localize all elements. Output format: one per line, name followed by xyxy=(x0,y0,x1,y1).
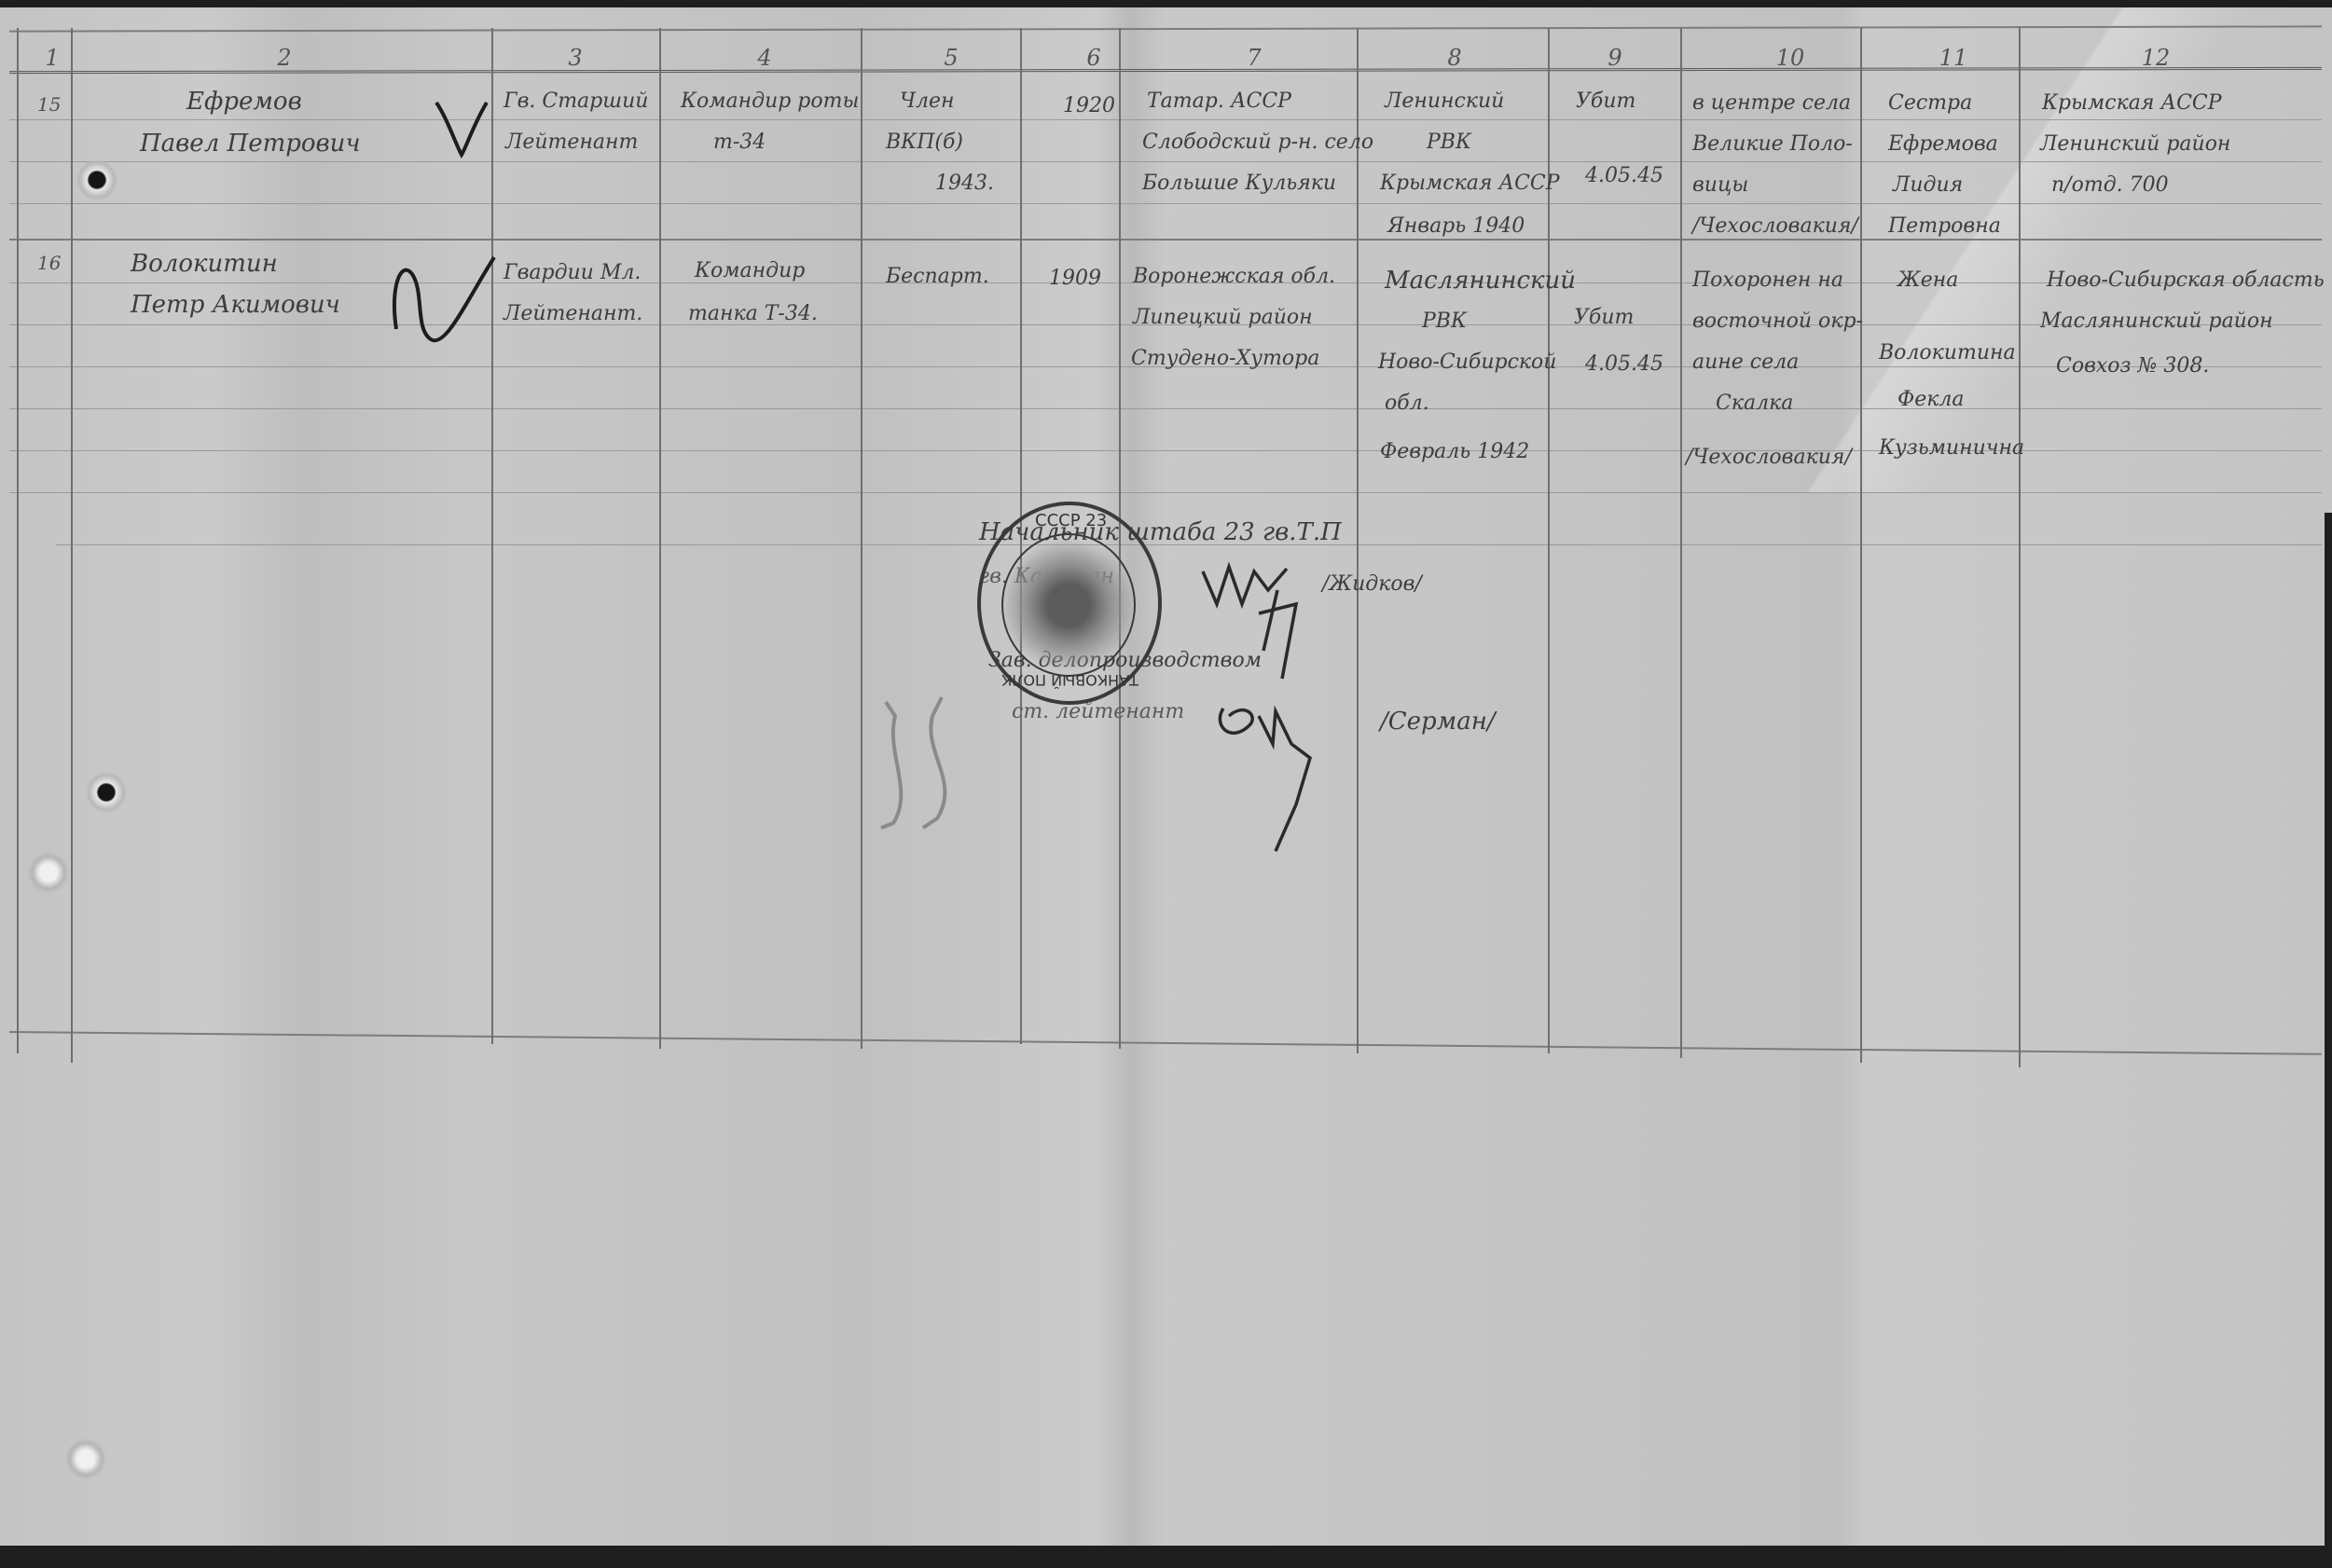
check-mark-icon xyxy=(436,103,487,155)
page-mark-55 xyxy=(881,697,945,828)
clerk-signature xyxy=(1220,708,1310,851)
pen-marks xyxy=(0,7,2332,1546)
scan-edge xyxy=(2325,513,2332,1568)
document-sheet: 1 2 3 4 5 6 7 8 9 10 11 12 15 Ефремов Па… xyxy=(0,7,2332,1546)
check-mark-icon xyxy=(394,257,494,340)
chief-signature xyxy=(1203,567,1296,679)
